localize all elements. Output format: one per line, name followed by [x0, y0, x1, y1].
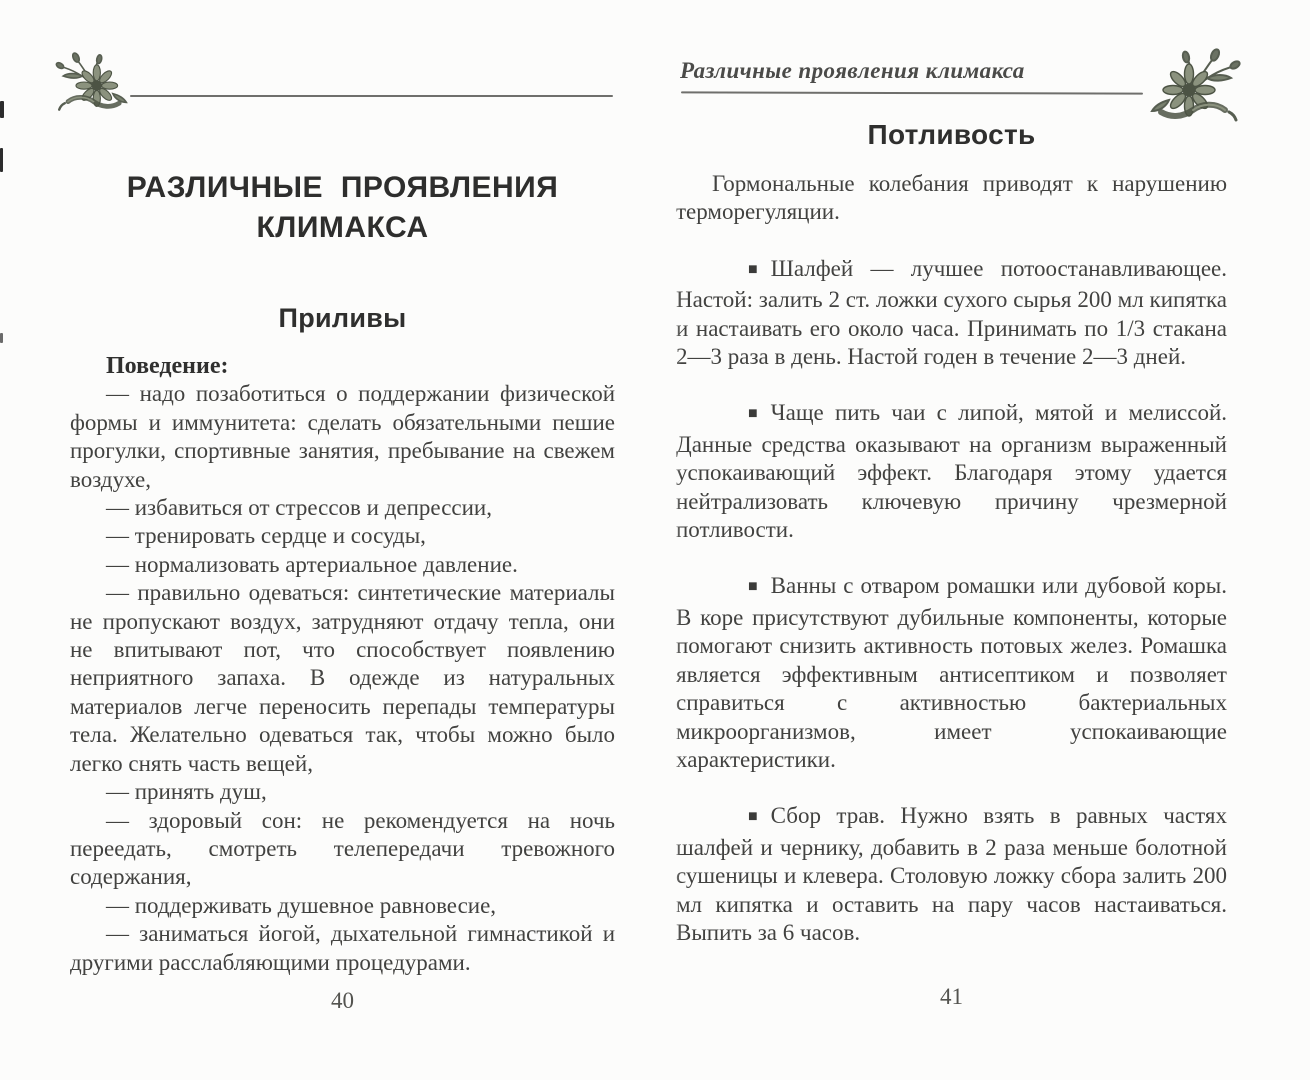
bullet-paragraph: ■Чаще пить чаи с липой, мятой и мелиссой… — [676, 399, 1227, 544]
list-item: — нормализовать артериальное давление. — [70, 551, 615, 579]
behavior-list: — надо позаботиться о поддержании физиче… — [70, 380, 615, 977]
remedies-list: ■Шалфей — лучшее потоостанавливающее. На… — [676, 255, 1227, 948]
bullet-paragraph: ■Сбор трав. Нужно взять в равных частях … — [676, 802, 1227, 947]
square-bullet-icon: ■ — [712, 256, 758, 284]
bullet-text: Шалфей — лучшее потоостанавливающее. Нас… — [676, 256, 1227, 369]
behavior-heading: Поведение: — [70, 352, 615, 380]
list-item: — принять душ, — [70, 778, 615, 806]
chapter-title-line2: КЛИМАКСА — [70, 208, 615, 248]
section-title-hot-flashes: Приливы — [70, 303, 615, 334]
bullet-paragraph: ■Шалфей — лучшее потоостанавливающее. На… — [676, 255, 1227, 372]
list-item: — здоровый сон: не рекомендуется на ночь… — [70, 807, 615, 892]
running-header: Различные проявления климакса — [680, 58, 1025, 84]
right-page: Различные проявления климакса Потливость… — [655, 0, 1310, 1080]
bullet-text: Чаще пить чаи с липой, мятой и мелиссой.… — [676, 400, 1227, 542]
chapter-title-line1: РАЗЛИЧНЫЕ ПРОЯВЛЕНИЯ — [70, 168, 615, 208]
scan-artifact — [0, 333, 3, 343]
left-body-text: Поведение: — надо позаботиться о поддерж… — [70, 352, 615, 977]
book-scan: { "paper_color": "#fcfcfb", "ink_color":… — [0, 0, 1310, 1080]
page-number-right: 41 — [676, 984, 1227, 1010]
bullet-text: Ванны с отваром ромашки или дубовой коры… — [676, 573, 1227, 771]
list-item: — надо позаботиться о поддержании физиче… — [70, 380, 615, 494]
bullet-text: Сбор трав. Нужно взять в равных частях ш… — [676, 803, 1227, 945]
list-item: — заниматься йогой, дыхательной гимнасти… — [70, 920, 615, 977]
scan-artifact — [0, 101, 4, 118]
square-bullet-icon: ■ — [712, 400, 758, 428]
right-body-text: Гормональные колебания приводят к наруше… — [676, 170, 1227, 947]
chapter-title: РАЗЛИЧНЫЕ ПРОЯВЛЕНИЯ КЛИМАКСА — [70, 168, 615, 248]
bullet-paragraph: ■Ванны с отваром ромашки или дубовой кор… — [676, 572, 1227, 774]
list-item: — поддерживать душевное равновесие, — [70, 892, 615, 920]
scan-artifact — [0, 148, 3, 172]
flower-ornament-icon — [52, 50, 132, 118]
list-item: — тренировать сердце и сосуды, — [70, 522, 615, 550]
page-number-left: 40 — [70, 988, 615, 1014]
section-title-sweating: Потливость — [676, 119, 1227, 151]
list-item: — правильно одеваться: синтетические мат… — [70, 579, 615, 778]
square-bullet-icon: ■ — [712, 803, 758, 831]
square-bullet-icon: ■ — [712, 573, 758, 601]
header-rule — [681, 91, 1143, 94]
left-page: РАЗЛИЧНЫЕ ПРОЯВЛЕНИЯ КЛИМАКСА Приливы По… — [0, 0, 655, 1080]
intro-paragraph: Гормональные колебания приводят к наруше… — [676, 170, 1227, 227]
list-item: — избавиться от стрессов и депрессии, — [70, 494, 615, 522]
header-rule — [130, 95, 613, 97]
